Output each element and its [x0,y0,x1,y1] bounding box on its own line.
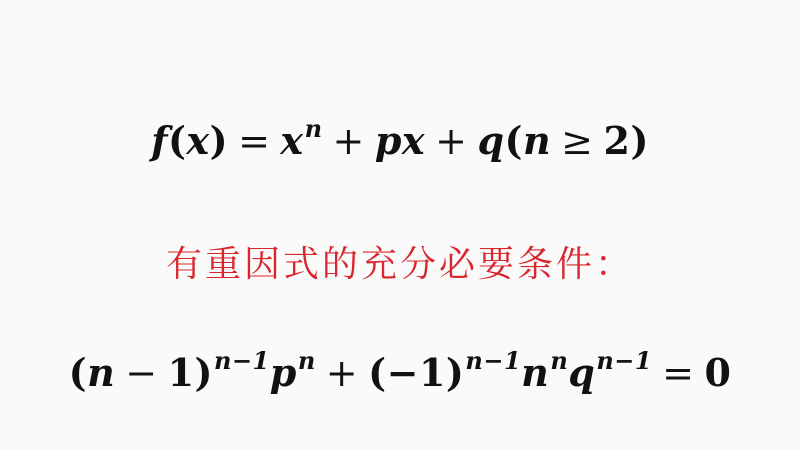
variable-x: x [186,118,209,163]
paren-open: ( [69,350,87,395]
rhs-zero: 0 [704,350,731,395]
paren-open: ( [368,350,386,395]
condition-variable: n [523,118,551,163]
condition-paren-close: ) [630,118,648,163]
condition-paren-open: ( [505,118,523,163]
slide: f(x)=xn+px+q(n≥2) 有重因式的充分必要条件： (n−1)n−1p… [0,0,800,450]
plus-sign: + [316,351,368,395]
function-name: f [151,118,168,163]
polynomial-definition-formula: f(x)=xn+px+q(n≥2) [0,118,800,163]
plus-sign: + [323,119,375,163]
equals-sign: = [228,119,280,163]
paren-close: ) [210,118,228,163]
paren-close: ) [195,350,213,395]
variable-p: p [270,350,297,395]
paren-close: ) [446,350,464,395]
multiple-root-condition-formula: (n−1)n−1pn+(−1)n−1nnqn−1=0 [0,350,800,395]
number-one: 1 [168,350,195,395]
minus-sign: − [115,351,167,395]
exponent-n: n [298,346,316,375]
term-x-exponent: n [305,114,323,143]
exponent-n: n [550,346,568,375]
term-px: px [375,118,425,163]
variable-q: q [568,350,595,395]
variable-n: n [87,350,115,395]
condition-value: 2 [603,118,630,163]
exponent-n-minus-1: n−1 [214,346,270,375]
variable-n: n [521,350,549,395]
exponent-n-minus-1: n−1 [596,346,652,375]
number-one: 1 [419,350,446,395]
term-q: q [477,118,504,163]
minus-sign: − [387,350,419,395]
term-x-base: x [280,118,303,163]
condition-heading: 有重因式的充分必要条件： [0,236,800,287]
equals-sign: = [652,351,704,395]
exponent-n-minus-1: n−1 [465,346,521,375]
paren-open: ( [168,118,186,163]
plus-sign: + [425,119,477,163]
greater-equal-sign: ≥ [551,119,603,163]
